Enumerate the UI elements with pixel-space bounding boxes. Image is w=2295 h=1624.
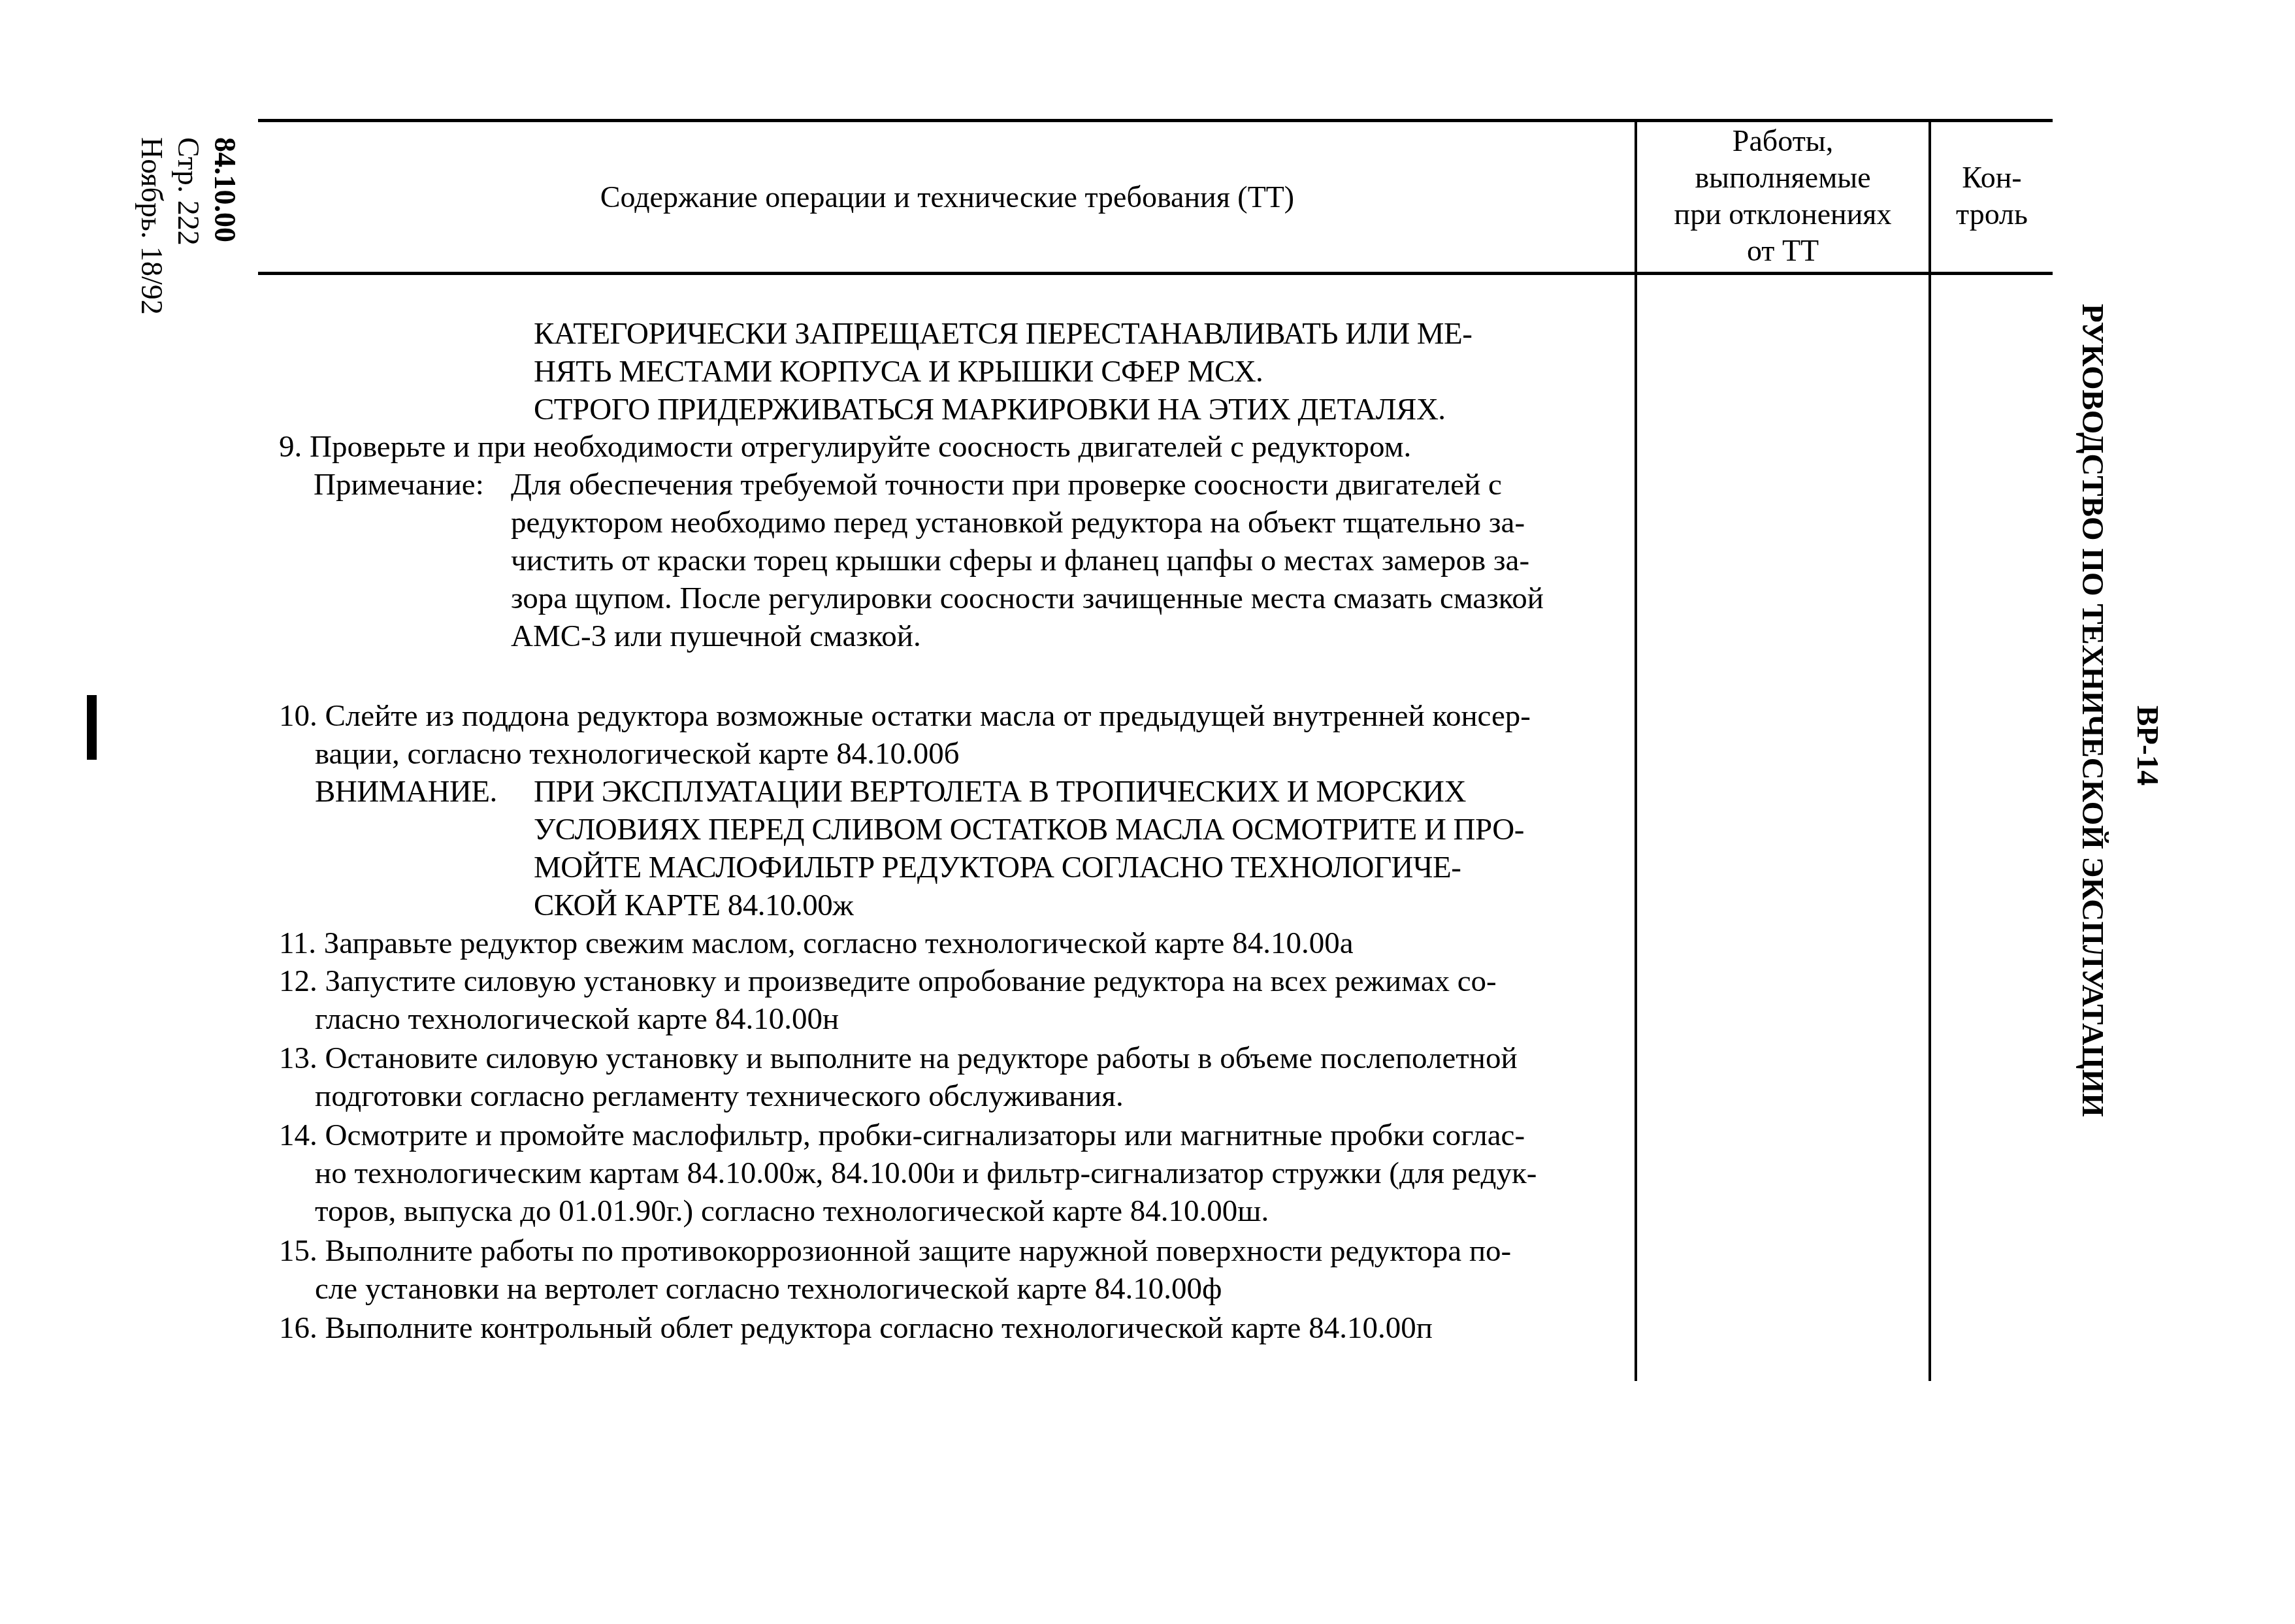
- item-13: 13. Остановите силовую установку и выпол…: [279, 1039, 1518, 1077]
- item-16: 16. Выполните контрольный облет редуктор…: [279, 1309, 1433, 1347]
- attention-line: СКОЙ КАРТЕ 84.10.00ж: [534, 886, 853, 924]
- item-11: 11. Заправьте редуктор свежим маслом, со…: [279, 924, 1354, 962]
- header-line: Работы,: [1637, 123, 1929, 159]
- note-line: редуктором необходимо перед установкой р…: [511, 504, 1525, 542]
- header-deviation-works: Работы, выполняемые при отклонениях от Т…: [1637, 123, 1929, 269]
- attention-label: ВНИМАНИЕ.: [315, 773, 497, 811]
- note-label: Примечание:: [314, 466, 484, 504]
- item-13-cont: подготовки согласно регламенту техническ…: [315, 1077, 1124, 1115]
- item-12-cont: гласно технологической карте 84.10.00н: [315, 1000, 839, 1038]
- attention-line: ПРИ ЭКСПЛУАТАЦИИ ВЕРТОЛЕТА В ТРОПИЧЕСКИХ…: [534, 773, 1466, 811]
- revision-date: Ноябрь. 18/92: [133, 137, 170, 315]
- header-bottom-border: [258, 272, 2053, 275]
- item-10-cont: вации, согласно технологической карте 84…: [315, 735, 960, 773]
- header-line: от ТТ: [1637, 233, 1929, 269]
- header-content: Содержание операции и технические требов…: [261, 179, 1633, 216]
- attention-line: УСЛОВИЯХ ПЕРЕД СЛИВОМ ОСТАТКОВ МАСЛА ОСМ…: [534, 811, 1524, 849]
- item-14-cont: торов, выпуска до 01.01.90г.) согласно т…: [315, 1192, 1269, 1230]
- item-12: 12. Запустите силовую установку и произв…: [279, 962, 1497, 1000]
- doc-code: 84.10.00: [206, 137, 243, 315]
- warning-line: СТРОГО ПРИДЕРЖИВАТЬСЯ МАРКИРОВКИ НА ЭТИХ…: [534, 391, 1446, 429]
- header-line: троль: [1931, 196, 2053, 233]
- header-line: выполняемые: [1637, 159, 1929, 196]
- header-control: Кон- троль: [1931, 159, 2053, 233]
- column-divider-2: [1929, 120, 1931, 1381]
- page-number: Стр. 222: [170, 137, 206, 315]
- note-line: зора щупом. После регулировки соосности …: [511, 579, 1544, 617]
- manual-title: РУКОВОДСТВО ПО ТЕХНИЧЕСКОЙ ЭКСПЛУАТАЦИИ: [2076, 304, 2109, 1117]
- item-10: 10. Слейте из поддона редуктора возможны…: [279, 697, 1531, 735]
- table-top-border: [258, 119, 2053, 122]
- item-15-cont: сле установки на вертолет согласно техно…: [315, 1270, 1222, 1308]
- header-line: Кон-: [1931, 159, 2053, 196]
- warning-line: НЯТЬ МЕСТАМИ КОРПУСА И КРЫШКИ СФЕР МСХ.: [534, 353, 1263, 391]
- attention-line: МОЙТЕ МАСЛОФИЛЬТР РЕДУКТОРА СОГЛАСНО ТЕХ…: [534, 849, 1461, 886]
- item-14: 14. Осмотрите и промойте маслофильтр, пр…: [279, 1116, 1525, 1154]
- column-divider-1: [1635, 120, 1637, 1381]
- note-line: АМС-3 или пушечной смазкой.: [511, 617, 921, 655]
- model-code: ВР-14: [2131, 706, 2164, 786]
- warning-line: КАТЕГОРИЧЕСКИ ЗАПРЕЩАЕТСЯ ПЕРЕСТАНАВЛИВА…: [534, 315, 1472, 353]
- note-line: Для обеспечения требуемой точности при п…: [511, 466, 1502, 504]
- margin-stamp: 84.10.00 Стр. 222 Ноябрь. 18/92: [133, 137, 243, 315]
- item-9: 9. Проверьте и при необходимости отрегул…: [279, 428, 1411, 466]
- item-14-cont: но технологическим картам 84.10.00ж, 84.…: [315, 1154, 1537, 1192]
- item-15: 15. Выполните работы по противокоррозион…: [279, 1232, 1511, 1270]
- margin-marker-bar: [87, 695, 97, 760]
- header-line: при отклонениях: [1637, 196, 1929, 233]
- note-line: чистить от краски торец крышки сферы и ф…: [511, 542, 1529, 579]
